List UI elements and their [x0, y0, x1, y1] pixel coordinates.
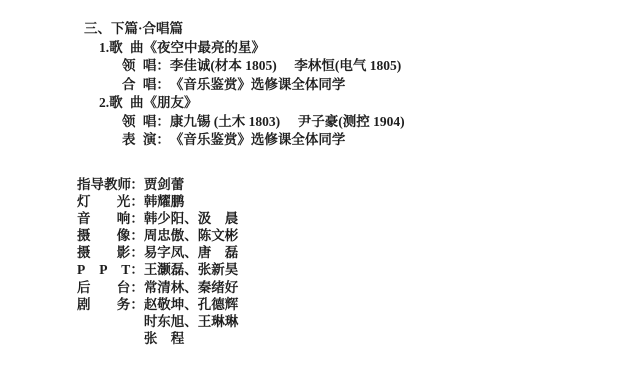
staff-role-label: P P T	[77, 261, 130, 278]
staff-names: 常清林、秦绪好	[144, 280, 239, 295]
role-label: 领唱	[122, 113, 156, 132]
song-1-chorus-line: 合唱：《音乐鉴赏》选修课全体同学	[122, 76, 405, 95]
staff-names: 周忠傲、陈文彬	[144, 228, 239, 243]
colon: ：	[156, 113, 170, 132]
staff-names: 赵敬坤、孔德辉	[144, 297, 239, 312]
song-2-title-line: 2.歌曲《朋友》	[99, 94, 405, 113]
song-1-title: 《夜空中最亮的星》	[144, 40, 266, 55]
role-label: 领唱	[122, 57, 156, 76]
staff-names: 韩耀鹏	[144, 194, 185, 209]
colon: ：	[156, 57, 170, 76]
staff-role-label: 后台	[77, 279, 130, 296]
colon: ：	[130, 227, 144, 244]
song-1-number: 1.	[99, 40, 109, 55]
choir-program-section: 三、下篇·合唱篇 1.歌曲《夜空中最亮的星》 领唱：李佳诚(材本 1805)李林…	[84, 20, 405, 150]
colon: ：	[130, 244, 144, 261]
performer: 康九锡 (土木 1803)	[170, 114, 280, 129]
performer: 尹子豪(测控 1904)	[298, 114, 405, 129]
song-2-lead-line: 领唱：康九锡 (土木 1803)尹子豪(测控 1904)	[122, 113, 405, 132]
staff-names: 时东旭、王琳琳	[144, 314, 239, 329]
colon: ：	[130, 210, 144, 227]
colon: ：	[130, 193, 144, 210]
colon: ：	[130, 261, 144, 278]
song-2-number: 2.	[99, 95, 109, 110]
performer: 《音乐鉴赏》选修课全体同学	[170, 132, 346, 147]
song-2-type-label: 歌曲	[109, 94, 143, 113]
colon: ：	[130, 279, 144, 296]
section-heading: 三、下篇·合唱篇	[84, 20, 405, 39]
staff-role-label: 摄像	[77, 227, 130, 244]
staff-row: 音响：韩少阳、汲 晨	[77, 210, 238, 227]
role-label: 表演	[122, 131, 156, 150]
document-page: 三、下篇·合唱篇 1.歌曲《夜空中最亮的星》 领唱：李佳诚(材本 1805)李林…	[0, 0, 638, 367]
staff-role-label: 音响	[77, 210, 130, 227]
staff-names: 张 程	[144, 331, 185, 346]
song-1-type-label: 歌曲	[109, 39, 143, 58]
colon: ：	[156, 76, 170, 95]
song-2-title: 《朋友》	[144, 95, 198, 110]
colon: ：	[130, 176, 144, 193]
staff-credits-section: 指导教师：贾剑蕾 灯光：韩耀鹏 音响：韩少阳、汲 晨 摄像：周忠傲、陈文彬 摄影…	[77, 176, 238, 347]
performer: 李林恒(电气 1805)	[294, 58, 401, 73]
staff-names: 王灏磊、张新昊	[144, 262, 239, 277]
staff-role-label: 剧务	[77, 296, 130, 313]
staff-row-continuation: 张 程	[144, 330, 239, 347]
staff-names: 韩少阳、汲 晨	[144, 211, 239, 226]
staff-row-continuation: 时东旭、王琳琳	[144, 313, 239, 330]
staff-names: 贾剑蕾	[144, 177, 185, 192]
staff-row: 摄像：周忠傲、陈文彬	[77, 227, 238, 244]
performer: 《音乐鉴赏》选修课全体同学	[170, 77, 346, 92]
staff-row: 剧务：赵敬坤、孔德辉	[77, 296, 238, 313]
staff-row: 灯光：韩耀鹏	[77, 193, 238, 210]
song-1-lead-line: 领唱：李佳诚(材本 1805)李林恒(电气 1805)	[122, 57, 405, 76]
staff-role-label: 灯光	[77, 193, 130, 210]
role-label: 合唱	[122, 76, 156, 95]
colon: ：	[156, 131, 170, 150]
staff-row: 摄影：易字凤、唐 磊	[77, 244, 238, 261]
performer: 李佳诚(材本 1805)	[170, 58, 277, 73]
colon: ：	[130, 296, 144, 313]
staff-role-label: 指导教师	[77, 176, 130, 193]
staff-row: 后台：常清林、秦绪好	[77, 279, 238, 296]
song-2-performance-line: 表演：《音乐鉴赏》选修课全体同学	[122, 131, 405, 150]
staff-names: 易字凤、唐 磊	[144, 245, 239, 260]
staff-row: P P T：王灏磊、张新昊	[77, 261, 238, 278]
staff-role-label: 摄影	[77, 244, 130, 261]
song-1-title-line: 1.歌曲《夜空中最亮的星》	[99, 39, 405, 58]
staff-row: 指导教师：贾剑蕾	[77, 176, 238, 193]
